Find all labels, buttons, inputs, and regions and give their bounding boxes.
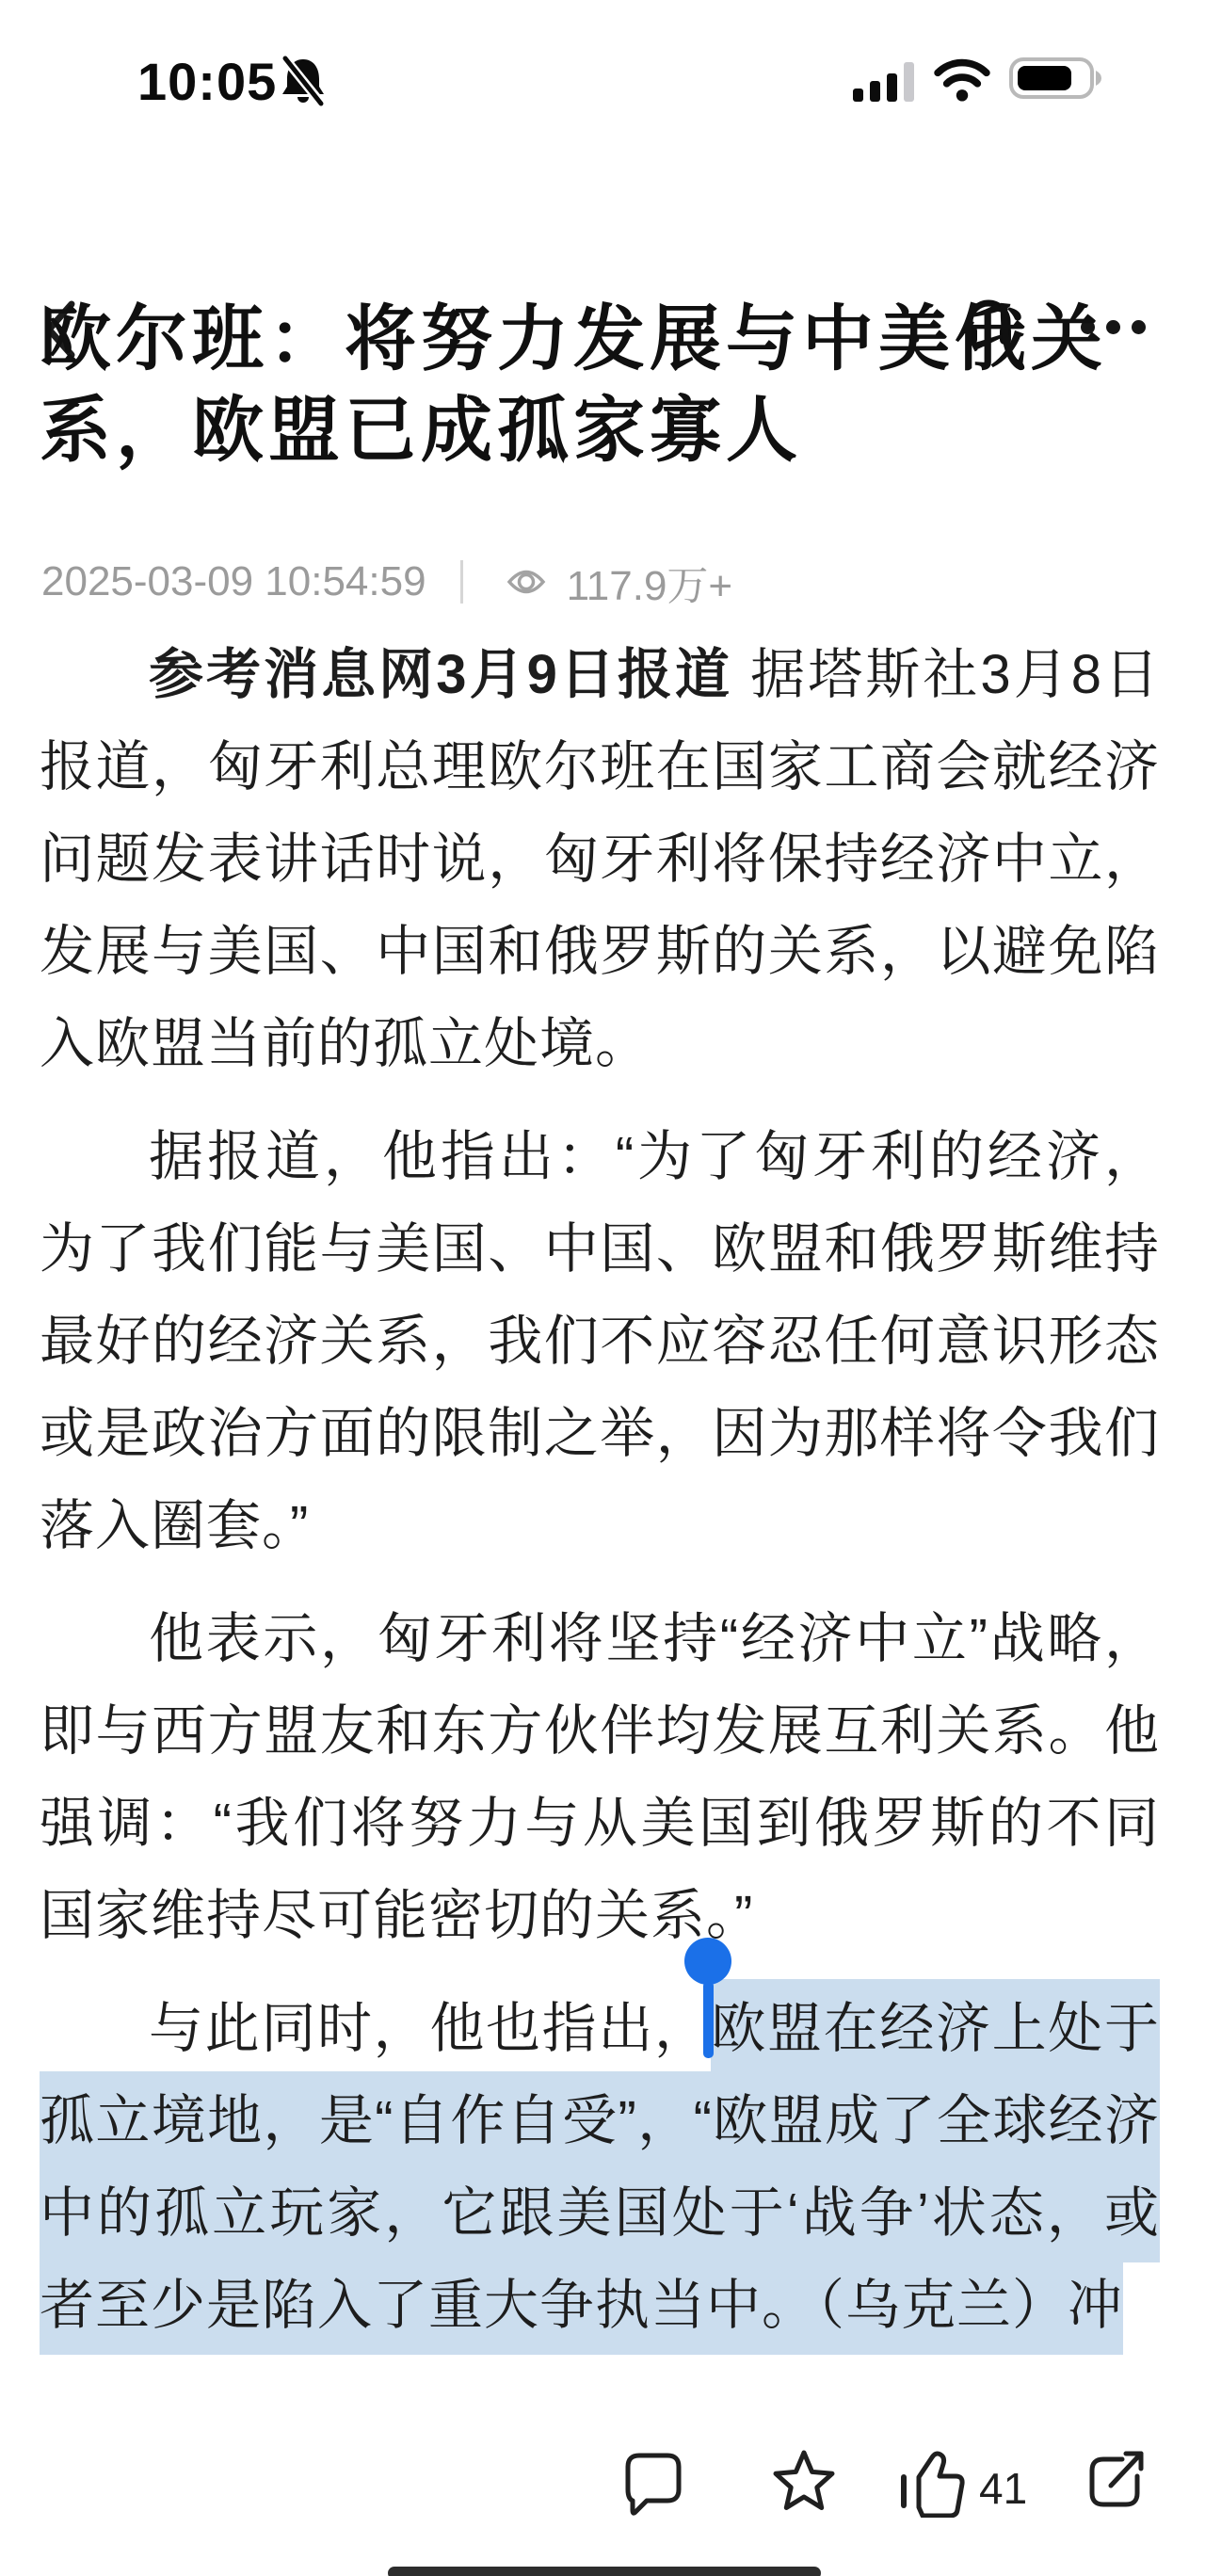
paragraph-2: 据报道，他指出：“为了匈牙利的经济，为了我们能与美国、中国、欧盟和俄罗斯维持最好… bbox=[40, 1111, 1160, 1572]
home-indicator[interactable] bbox=[388, 2567, 821, 2576]
status-bar: 10:05 bbox=[0, 0, 1205, 122]
wifi-icon bbox=[932, 58, 992, 102]
article-screen: 10:05 bbox=[0, 0, 1205, 2576]
share-icon[interactable] bbox=[1083, 2446, 1149, 2516]
meta-divider bbox=[460, 560, 463, 604]
thumbs-up-icon[interactable] bbox=[896, 2444, 972, 2518]
article-body: 参考消息网3月9日报道 据塔斯社3月8日报道，匈牙利总理欧尔班在国家工商会就经济… bbox=[40, 629, 1160, 2373]
article-meta: 2025-03-09 10:54:59 117.9万+ bbox=[41, 555, 1171, 608]
paragraph-3: 他表示，匈牙利将坚持“经济中立”战略，即与西方盟友和东方伙伴均发展互利关系。他强… bbox=[40, 1593, 1160, 1962]
selection-caret[interactable] bbox=[703, 1981, 714, 2058]
bottom-toolbar: 41 bbox=[0, 2437, 1205, 2531]
nav-bar bbox=[0, 141, 1205, 254]
cellular-signal-icon bbox=[853, 60, 919, 102]
paragraph-lead: 参考消息网3月9日报道 bbox=[149, 644, 732, 705]
publish-date: 2025-03-09 10:54:59 bbox=[41, 558, 426, 605]
notifications-muted-icon bbox=[279, 55, 328, 107]
paragraph-1: 参考消息网3月9日报道 据塔斯社3月8日报道，匈牙利总理欧尔班在国家工商会就经济… bbox=[40, 629, 1160, 1090]
views-eye-icon bbox=[506, 567, 546, 597]
comment-icon[interactable] bbox=[624, 2450, 683, 2520]
paragraph-4: 与此同时，他也指出，欧盟在经济上处于孤立境地，是“自作自受”，“欧盟成了全球经济… bbox=[40, 1983, 1160, 2352]
view-count: 117.9万+ bbox=[567, 552, 733, 612]
article-title: 欧尔班：将努力发展与中美俄关系，欧盟已成孤家寡人 bbox=[40, 294, 1169, 476]
like-count: 41 bbox=[979, 2463, 1027, 2514]
clock: 10:05 bbox=[137, 51, 277, 112]
paragraph-4-plain: 与此同时，他也指出， bbox=[149, 1998, 711, 2059]
selection-handle-dot[interactable] bbox=[684, 1938, 731, 1985]
favorite-star-icon[interactable] bbox=[770, 2444, 838, 2518]
battery-icon bbox=[1009, 55, 1103, 102]
